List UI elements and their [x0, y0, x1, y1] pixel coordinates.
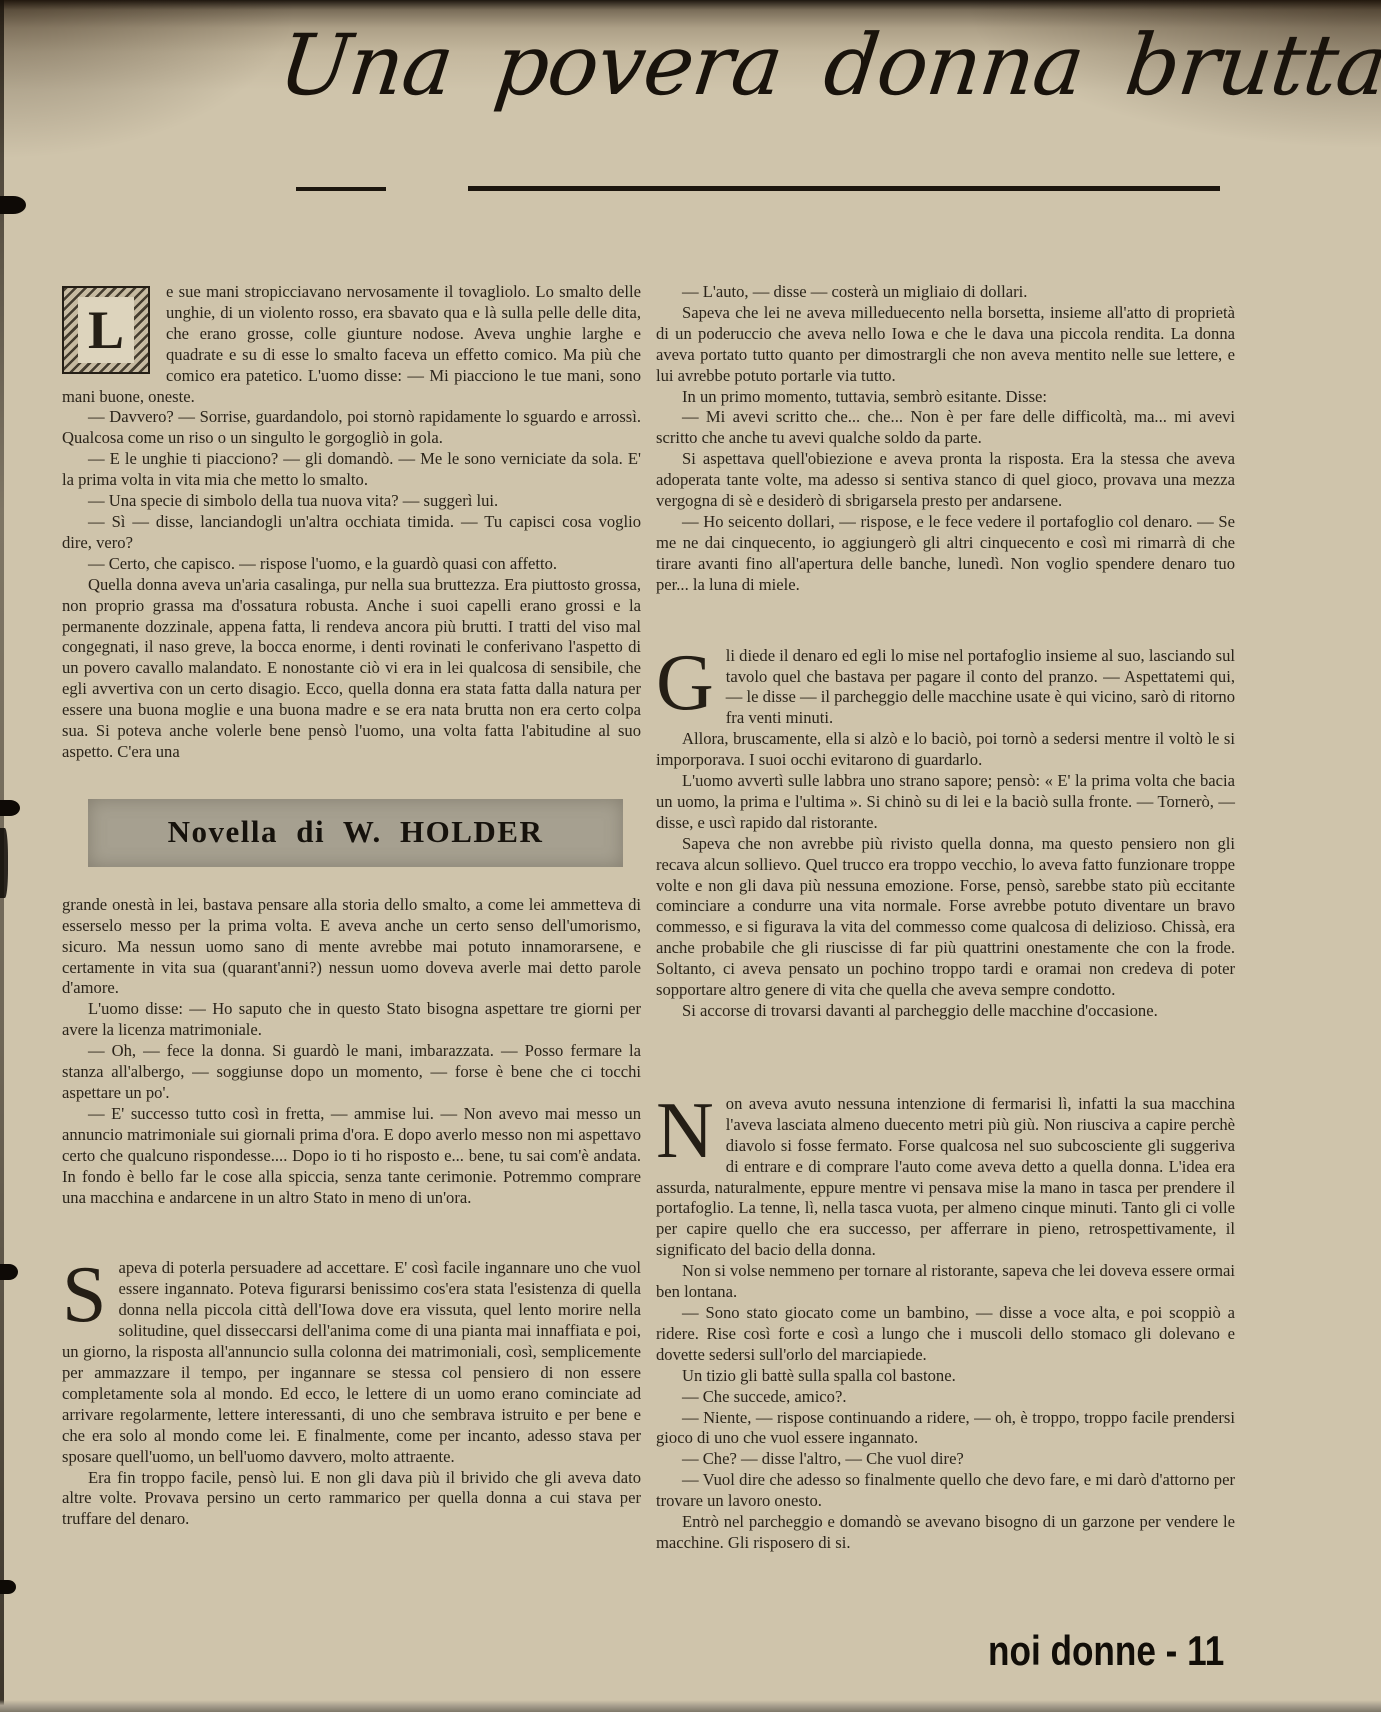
page-number: noi donne - 11: [988, 1628, 1224, 1675]
paragraph: L e sue mani stropicciavano nervosamente…: [62, 282, 641, 407]
paragraph: — Certo, che capisco. — rispose l'uomo, …: [62, 554, 641, 575]
paragraph: S apeva di poterla persuadere ad accetta…: [62, 1258, 641, 1467]
paragraph: — Vuol dire che adesso so finalmente que…: [656, 1470, 1235, 1512]
paragraph: — L'auto, — disse — costerà un migliaio …: [656, 282, 1235, 303]
paragraph: Non si volse nemmeno per tornare al rist…: [656, 1261, 1235, 1303]
paragraph: G li diede il denaro ed egli lo mise nel…: [656, 646, 1235, 730]
paragraph: — Una specie di simbolo della tua nuova …: [62, 491, 641, 512]
dropcap-letter: G: [656, 646, 726, 714]
paragraph: In un primo momento, tuttavia, sembrò es…: [656, 387, 1235, 408]
paragraph: — E' successo tutto così in fretta, — am…: [62, 1104, 641, 1209]
paragraph: — Sì — disse, lanciandogli un'altra occh…: [62, 512, 641, 554]
paragraph-text: apeva di poterla persuadere ad accettare…: [62, 1258, 641, 1465]
title-underline-long: [468, 186, 1220, 191]
paragraph: N on aveva avuto nessuna intenzione di f…: [656, 1094, 1235, 1261]
paragraph: — Oh, — fece la donna. Si guardò le mani…: [62, 1041, 641, 1104]
scan-shadow-corner-left: [0, 0, 300, 160]
paragraph: — Che? — disse l'altro, — Che vuol dire?: [656, 1449, 1235, 1470]
paragraph: Allora, bruscamente, ella si alzò e lo b…: [656, 729, 1235, 771]
paragraph: — E le unghie ti piacciono? — gli domand…: [62, 449, 641, 491]
paragraph: Si accorse di trovarsi davanti al parche…: [656, 1001, 1235, 1022]
paragraph: — Davvero? — Sorrise, guardandolo, poi s…: [62, 407, 641, 449]
paragraph: Entrò nel parcheggio e domandò se avevan…: [656, 1512, 1235, 1554]
paragraph: — Niente, — rispose continuando a ridere…: [656, 1408, 1235, 1450]
binding-mark: [0, 196, 26, 214]
binding-mark: [0, 828, 8, 898]
binding-mark: [0, 1264, 18, 1280]
paragraph: Quella donna aveva un'aria casalinga, pu…: [62, 575, 641, 763]
paragraph: Era fin troppo facile, pensò lui. E non …: [62, 1468, 641, 1531]
paragraph: Sapeva che non avrebbe più rivisto quell…: [656, 834, 1235, 1001]
binding-mark: [0, 1580, 16, 1594]
paragraph: L'uomo disse: — Ho saputo che in questo …: [62, 999, 641, 1041]
scan-shadow-bottom: [0, 1700, 1381, 1712]
magazine-page: Una povera donna brutta L e sue mani str…: [0, 0, 1381, 1712]
paragraph: Si aspettava quell'obiezione e aveva pro…: [656, 449, 1235, 512]
paragraph: grande onestà in lei, bastava pensare al…: [62, 895, 641, 1000]
title-underline-short: [296, 187, 386, 191]
paragraph: Sapeva che lei ne aveva milleduecento ne…: [656, 303, 1235, 387]
paragraph: — Mi avevi scritto che... che... Non è p…: [656, 407, 1235, 449]
right-column: — L'auto, — disse — costerà un migliaio …: [656, 282, 1235, 1554]
left-column: L e sue mani stropicciavano nervosamente…: [62, 282, 641, 1530]
paragraph: Un tizio gli battè sulla spalla col bast…: [656, 1366, 1235, 1387]
paragraph-text: li diede il denaro ed egli lo mise nel p…: [726, 646, 1235, 728]
paragraph: — Ho seicento dollari, — rispose, e le f…: [656, 512, 1235, 596]
author-box-label: Novella di W. HOLDER: [168, 822, 544, 843]
dropcap-L-ornament: L: [62, 286, 150, 374]
dropcap-letter: N: [656, 1094, 726, 1162]
author-box: Novella di W. HOLDER: [88, 799, 623, 867]
page-title: Una povera donna brutta: [274, 16, 1244, 114]
paragraph: — Che succede, amico?.: [656, 1387, 1235, 1408]
paragraph: — Sono stato giocato come un bambino, — …: [656, 1303, 1235, 1366]
dropcap-letter: L: [78, 297, 134, 363]
paragraph: L'uomo avvertì sulle labbra uno strano s…: [656, 771, 1235, 834]
binding-mark: [0, 800, 20, 816]
dropcap-letter: S: [62, 1258, 119, 1326]
paragraph-text: on aveva avuto nessuna intenzione di fer…: [656, 1094, 1235, 1259]
